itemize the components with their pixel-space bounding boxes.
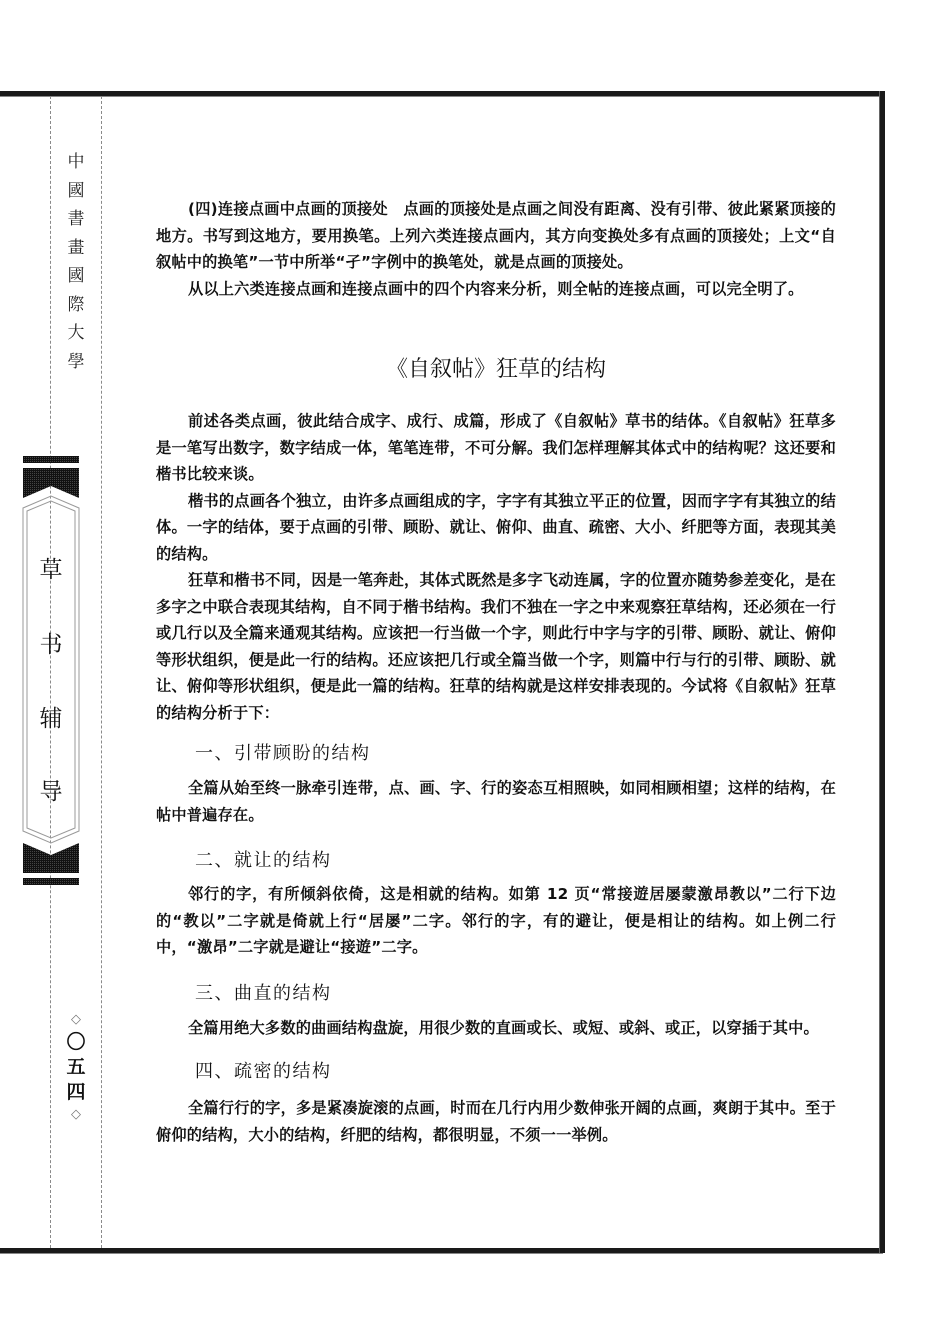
section-body: 全篇用绝大多数的曲画结构盘旋，用很少数的直画或长、或短、或斜、或正，以穿插于其中… [156, 1015, 836, 1042]
page-digit: 〇 [66, 1030, 85, 1055]
univ-char: 大 [68, 319, 85, 348]
section-body: 全篇从始至终一脉牵引连带，点、画、字、行的姿态互相照映，如同相顾相望；这样的结构… [156, 775, 836, 828]
body-paragraph: 楷书的点画各个独立，由许多点画组成的字，字字有其独立平正的位置，因而字字有其独立… [156, 488, 836, 568]
intro-lead-heading: (四)连接点画中点画的顶接处 [188, 200, 388, 218]
banner-char: 导 [22, 773, 80, 806]
page-digit: 四 [66, 1080, 85, 1105]
section-paragraph: 全篇行行的字，多是紧凑旋滚的点画，时而在几行内用少数伸张开阔的点画，爽朗于其中。… [156, 1095, 836, 1148]
intro-paragraph: 从以上六类连接点画和连接点画中的四个内容来分析，则全帖的连接点画，可以完全明了。 [156, 276, 836, 303]
section-paragraph: 邻行的字，有所倾斜依倚，这是相就的结构。如第 12 页“常接遊居屡蒙激昂教以”二… [156, 881, 836, 961]
sidebar-course-banner: 草 书 辅 导 [22, 455, 80, 887]
section-heading: 二、就让的结构 [195, 846, 332, 872]
page-number: ◇ 〇 五 四 ◇ [52, 1010, 100, 1125]
univ-char: 書 [68, 205, 85, 234]
frame-bottom-border [0, 1248, 883, 1254]
univ-char: 國 [68, 177, 85, 206]
section-paragraph: 全篇用绝大多数的曲画结构盘旋，用很少数的直画或长、或短、或斜、或正，以穿插于其中… [156, 1015, 836, 1042]
section-paragraph: 全篇从始至终一脉牵引连带，点、画、字、行的姿态互相照映，如同相顾相望；这样的结构… [156, 775, 836, 828]
banner-char: 草 [22, 551, 80, 584]
section-body: 邻行的字，有所倾斜依倚，这是相就的结构。如第 12 页“常接遊居屡蒙激昂教以”二… [156, 881, 836, 961]
univ-char: 中 [68, 148, 85, 177]
frame-top-border [0, 91, 883, 97]
univ-char: 畫 [68, 234, 85, 263]
sidebar-university-name: 中 國 書 畫 國 際 大 學 [52, 148, 100, 376]
section-heading: 四、疏密的结构 [195, 1057, 332, 1083]
banner-char: 书 [22, 626, 80, 659]
univ-char: 國 [68, 262, 85, 291]
chapter-title: 《自叙帖》狂草的结构 [156, 352, 836, 383]
sidebar-divider-right [101, 96, 102, 1248]
intro-section: (四)连接点画中点画的顶接处 点画的顶接处是点画之间没有距离、没有引带、彼此紧紧… [156, 196, 836, 302]
diamond-icon: ◇ [71, 1010, 81, 1030]
univ-char: 學 [68, 348, 85, 377]
section-heading: 三、曲直的结构 [195, 979, 332, 1005]
section-body: 全篇行行的字，多是紧凑旋滚的点画，时而在几行内用少数伸张开阔的点画，爽朗于其中。… [156, 1095, 836, 1148]
banner-char: 辅 [22, 700, 80, 733]
body-section: 前述各类点画，彼此结合成字、成行、成篇，形成了《自叙帖》草书的结体。《自叙帖》狂… [156, 408, 836, 726]
section-heading: 一、引带顾盼的结构 [195, 739, 371, 765]
body-paragraph: 前述各类点画，彼此结合成字、成行、成篇，形成了《自叙帖》草书的结体。《自叙帖》狂… [156, 408, 836, 488]
univ-char: 際 [68, 291, 85, 320]
body-paragraph: 狂草和楷书不同，因是一笔奔赴，其体式既然是多字飞动连属，字的位置亦随势参差变化，… [156, 567, 836, 726]
page-digit: 五 [66, 1055, 85, 1080]
frame-right-border [879, 91, 885, 1253]
diamond-icon: ◇ [71, 1105, 81, 1125]
intro-paragraph: (四)连接点画中点画的顶接处 点画的顶接处是点画之间没有距离、没有引带、彼此紧紧… [156, 196, 836, 276]
